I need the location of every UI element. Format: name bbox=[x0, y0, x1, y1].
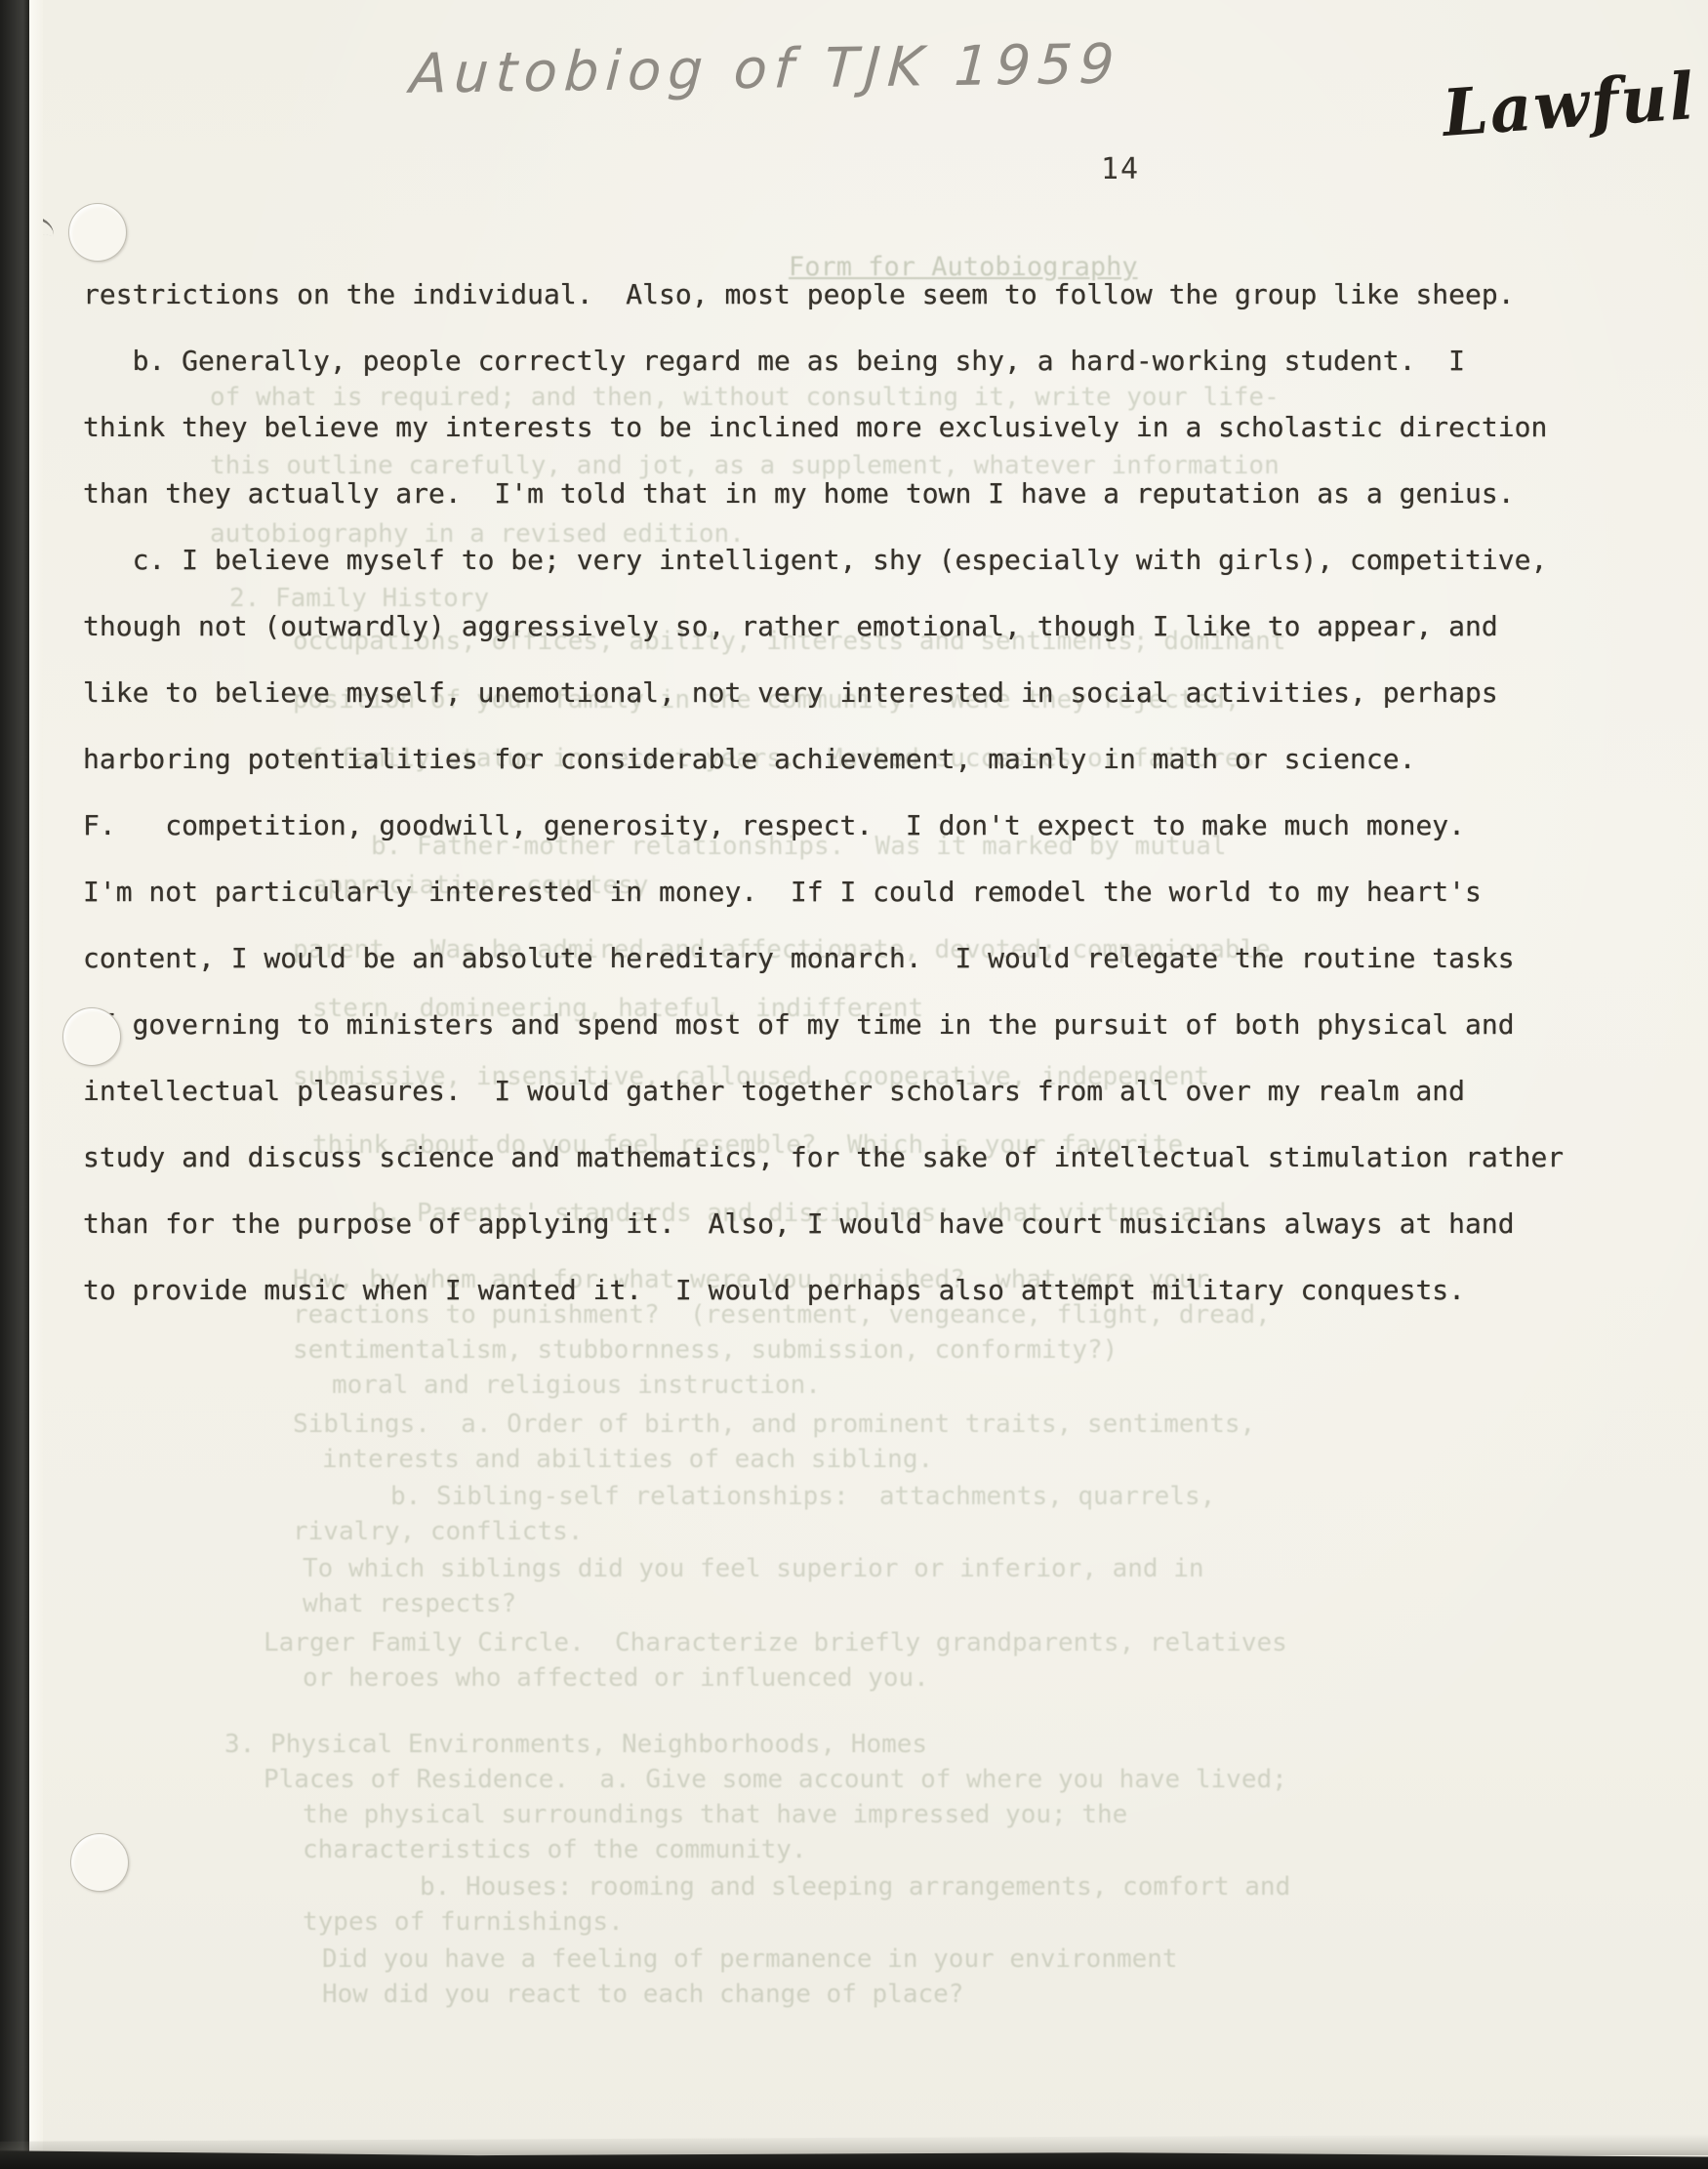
scanned-document-page: Form for Autobiography of what is requir… bbox=[0, 0, 1708, 2169]
typewritten-line: content, I would be an absolute heredita… bbox=[83, 942, 1664, 1008]
bleed-through-line: what respects? bbox=[303, 1589, 516, 1618]
bleed-through-line: or heroes who affected or influenced you… bbox=[303, 1663, 929, 1693]
bleed-through-line: types of furnishings. bbox=[303, 1907, 624, 1937]
punch-hole-middle bbox=[62, 1007, 121, 1066]
typewritten-line: to provide music when I wanted it. I wou… bbox=[83, 1274, 1664, 1340]
typewritten-line: I'm not particularly interested in money… bbox=[83, 876, 1664, 942]
typewritten-line: than they actually are. I'm told that in… bbox=[83, 477, 1664, 544]
bleed-through-line: Larger Family Circle. Characterize brief… bbox=[264, 1628, 1287, 1657]
bleed-through-line: How did you react to each change of plac… bbox=[322, 1980, 963, 2009]
bleed-through-line: rivalry, conflicts. bbox=[293, 1517, 583, 1546]
bleed-through-line: Siblings. a. Order of birth, and promine… bbox=[293, 1410, 1255, 1439]
bleed-through-line: moral and religious instruction. bbox=[332, 1371, 821, 1400]
bleed-through-line: characteristics of the community. bbox=[303, 1835, 807, 1864]
punch-hole-top bbox=[68, 203, 127, 262]
typewritten-line: harboring potentialities for considerabl… bbox=[83, 743, 1664, 809]
bleed-through-line: b. Sibling-self relationships: attachmen… bbox=[390, 1482, 1215, 1511]
bleed-through-line: the physical surroundings that have impr… bbox=[303, 1800, 1127, 1829]
typewritten-line: restrictions on the individual. Also, mo… bbox=[83, 278, 1664, 345]
typewritten-line: of governing to ministers and spend most… bbox=[83, 1008, 1664, 1075]
typewritten-line: study and discuss science and mathematic… bbox=[83, 1141, 1664, 1207]
bleed-through-line: Places of Residence. a. Give some accoun… bbox=[264, 1765, 1287, 1794]
typewritten-line: think they believe my interests to be in… bbox=[83, 411, 1664, 477]
bleed-through-line: 3. Physical Environments, Neighborhoods,… bbox=[224, 1730, 927, 1759]
typewritten-body: restrictions on the individual. Also, mo… bbox=[83, 278, 1664, 1340]
scan-edge-left bbox=[0, 0, 29, 2169]
typewritten-line: though not (outwardly) aggressively so, … bbox=[83, 610, 1664, 676]
typewritten-line: c. I believe myself to be; very intellig… bbox=[83, 544, 1664, 610]
typewritten-line: F. competition, goodwill, generosity, re… bbox=[83, 809, 1664, 876]
page-number: 14 bbox=[1101, 152, 1140, 186]
typewritten-line: like to believe myself, unemotional, not… bbox=[83, 676, 1664, 743]
pencil-header-annotation: Autobiog of TJK 1959 bbox=[408, 31, 1212, 106]
typewritten-line: intellectual pleasures. I would gather t… bbox=[83, 1075, 1664, 1141]
scan-edge-left-gap bbox=[29, 0, 43, 2169]
bleed-through-line: To which siblings did you feel superior … bbox=[303, 1554, 1204, 1583]
bleed-through-line: b. Houses: rooming and sleeping arrangem… bbox=[420, 1872, 1290, 1902]
bleed-through-line: Did you have a feeling of permanence in … bbox=[322, 1944, 1178, 1974]
typewritten-line: than for the purpose of applying it. Als… bbox=[83, 1207, 1664, 1274]
typewritten-line: b. Generally, people correctly regard me… bbox=[83, 345, 1664, 411]
bleed-through-line: interests and abilities of each sibling. bbox=[322, 1445, 933, 1474]
punch-hole-bottom bbox=[70, 1833, 129, 1892]
